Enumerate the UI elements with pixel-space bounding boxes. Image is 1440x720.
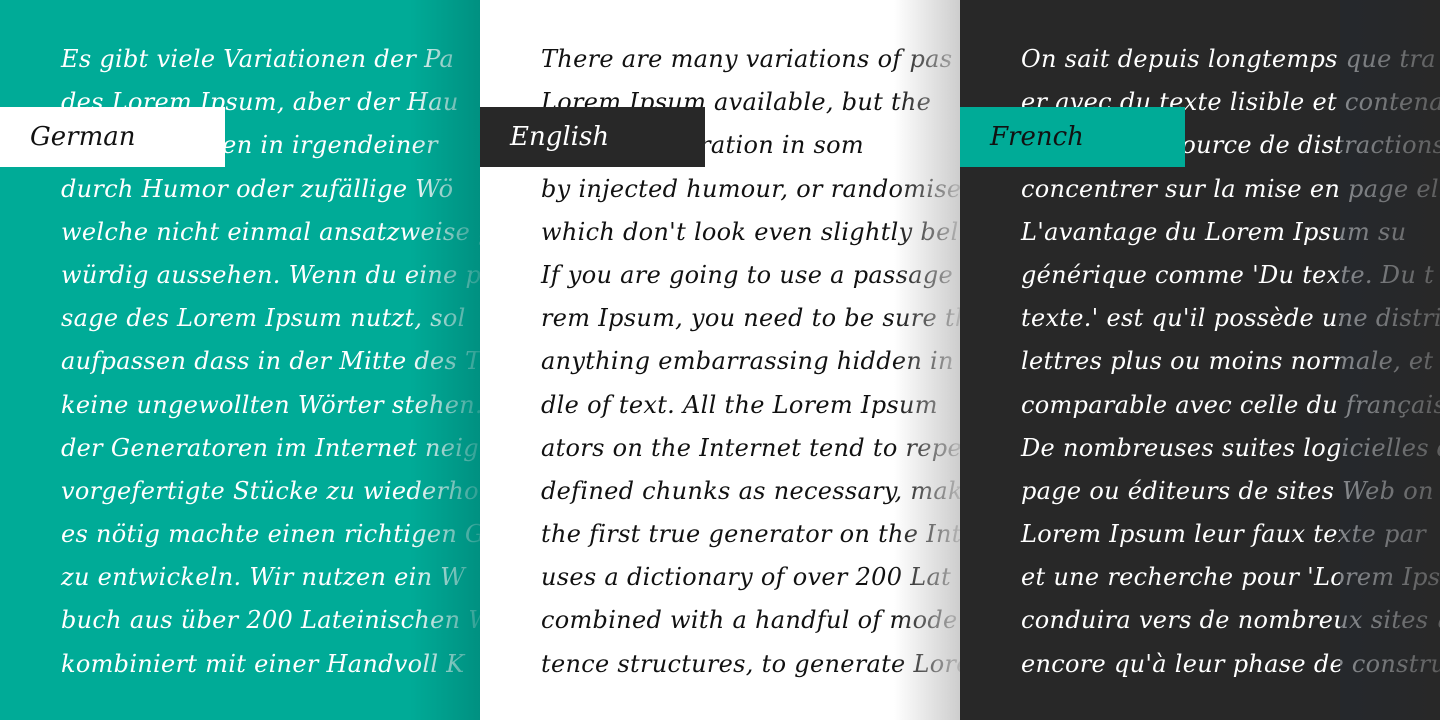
text-line: defined chunks as necessary, mak (541, 470, 960, 513)
text-line: rem Ipsum, you need to be sure th (541, 297, 960, 340)
text-line: générique comme 'Du texte. Du t (1021, 254, 1440, 297)
language-label-english: English (480, 107, 705, 167)
english-panel: There are many variations of pas Lorem I… (480, 0, 960, 720)
text-line: L'avantage du Lorem Ipsum su (1021, 211, 1440, 254)
language-panels: Es gibt viele Variationen der Pa des Lor… (0, 0, 1440, 720)
text-line: There are many variations of pas (541, 38, 960, 81)
text-line: De nombreuses suites logicielles d (1021, 427, 1440, 470)
text-line: If you are going to use a passage (541, 254, 960, 297)
text-line: Es gibt viele Variationen der Pa (61, 38, 480, 81)
text-line: würdig aussehen. Wenn du eine p (61, 254, 480, 297)
text-line: vorgefertigte Stücke zu wiederhol (61, 470, 480, 513)
text-line: ators on the Internet tend to repea (541, 427, 960, 470)
text-line: On sait depuis longtemps que tra (1021, 38, 1440, 81)
text-line: buch aus über 200 Lateinischen W (61, 599, 480, 642)
german-panel: Es gibt viele Variationen der Pa des Lor… (0, 0, 480, 720)
text-line: Lorem Ipsum leur faux texte par (1021, 513, 1440, 556)
french-panel: On sait depuis longtemps que tra er avec… (960, 0, 1440, 720)
text-line: anything embarrassing hidden in (541, 340, 960, 383)
text-line: texte.' est qu'il possède une distribu (1021, 297, 1440, 340)
text-line: aufpassen dass in der Mitte des T (61, 340, 480, 383)
text-line: es nötig machte einen richtigen G (61, 513, 480, 556)
text-line: sage des Lorem Ipsum nutzt, sol (61, 297, 480, 340)
text-line: tence structures, to generate Lorem (541, 643, 960, 686)
text-line: welche nicht einmal ansatzweise g (61, 211, 480, 254)
text-line: the first true generator on the Int (541, 513, 960, 556)
text-line: page ou éditeurs de sites Web on (1021, 470, 1440, 513)
language-label-french: French (960, 107, 1185, 167)
text-line: by injected humour, or randomised (541, 168, 960, 211)
text-line: encore qu'à leur phase de construct (1021, 643, 1440, 686)
text-line: durch Humor oder zufällige Wö (61, 168, 480, 211)
text-line: kombiniert mit einer Handvoll K (61, 643, 480, 686)
text-line: et une recherche pour 'Lorem Ips (1021, 556, 1440, 599)
text-line: conduira vers de nombreux sites qu (1021, 599, 1440, 642)
text-line: keine ungewollten Wörter stehen. (61, 384, 480, 427)
text-line: which don't look even slightly beli (541, 211, 960, 254)
language-label-german: German (0, 107, 225, 167)
text-line: zu entwickeln. Wir nutzen ein W (61, 556, 480, 599)
text-line: concentrer sur la mise en page elle (1021, 168, 1440, 211)
text-line: der Generatoren im Internet neig (61, 427, 480, 470)
text-line: uses a dictionary of over 200 Lat (541, 556, 960, 599)
text-line: comparable avec celle du français (1021, 384, 1440, 427)
text-line: dle of text. All the Lorem Ipsum (541, 384, 960, 427)
text-line: combined with a handful of mode (541, 599, 960, 642)
text-line: lettres plus ou moins normale, et e (1021, 340, 1440, 383)
